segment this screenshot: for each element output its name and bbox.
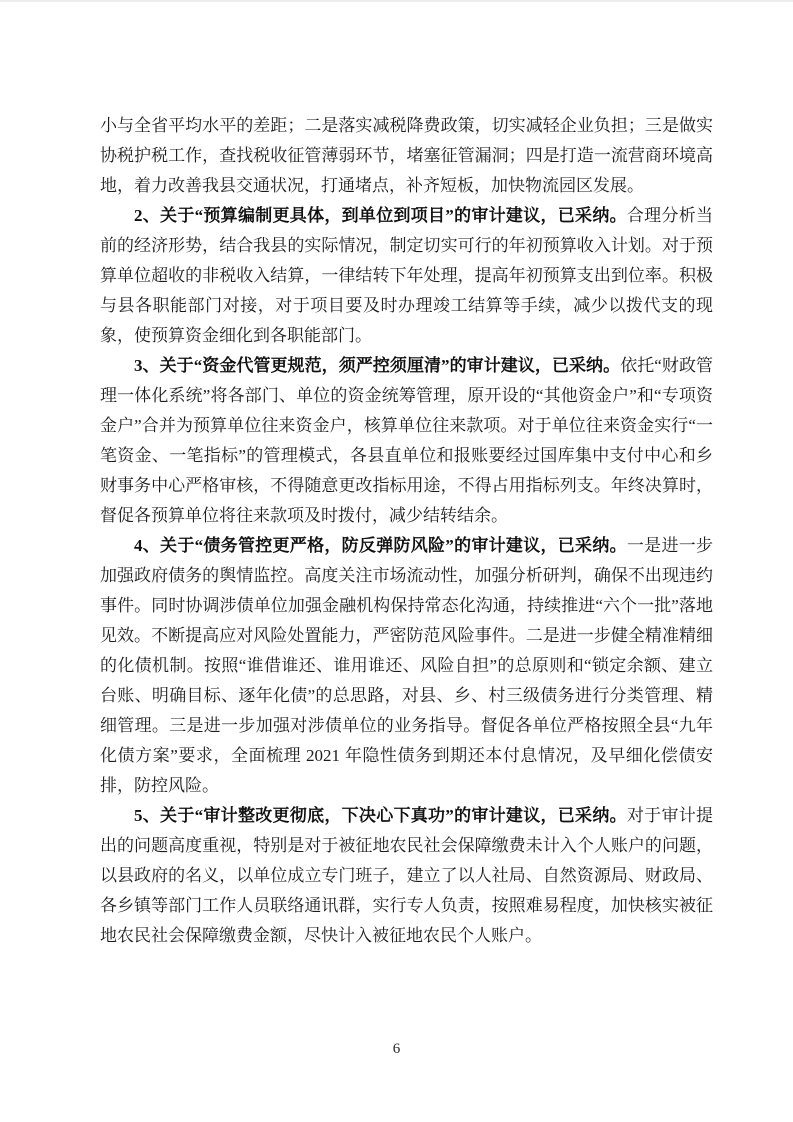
page-number: 6 xyxy=(0,1038,793,1060)
paragraph-3-text: 依托“财政管理一体化系统”将各部门、单位的资金统筹管理，原开设的“其他资金户”和… xyxy=(100,356,713,525)
paragraph-2-text: 合理分析当前的经济形势，结合我县的实际情况，制定切实可行的年初预算收入计划。对于… xyxy=(100,206,713,345)
paragraph-1: 小与全省平均水平的差距；二是落实减税降费政策，切实减轻企业负担；三是做实协税护税… xyxy=(100,111,713,201)
paragraph-5-text: 对于审计提出的问题高度重视，特别是对于被征地农民社会保障缴费未计入个人账户的问题… xyxy=(100,806,713,945)
document-page: 小与全省平均水平的差距；二是落实减税降费政策，切实减轻企业负担；三是做实协税护税… xyxy=(0,0,793,1122)
paragraph-1-text: 小与全省平均水平的差距；二是落实减税降费政策，切实减轻企业负担；三是做实协税护税… xyxy=(100,116,713,195)
paragraph-4-text: 一是进一步加强政府债务的舆情监控。高度关注市场流动性，加强分析研判，确保不出现违… xyxy=(100,536,713,795)
document-body: 小与全省平均水平的差距；二是落实减税降费政策，切实减轻企业负担；三是做实协税护税… xyxy=(100,111,713,951)
paragraph-4: 4、关于“债务管控更严格，防反弹防风险”的审计建议，已采纳。一是进一步加强政府债… xyxy=(100,531,713,801)
paragraph-5-lead: 5、关于“审计整改更彻底，下决心下真功”的审计建议，已采纳。 xyxy=(134,806,627,825)
paragraph-5: 5、关于“审计整改更彻底，下决心下真功”的审计建议，已采纳。对于审计提出的问题高… xyxy=(100,801,713,951)
paragraph-3-lead: 3、关于“资金代管更规范，须严控须厘清”的审计建议，已采纳。 xyxy=(134,356,620,375)
paragraph-2: 2、关于“预算编制更具体，到单位到项目”的审计建议，已采纳。合理分析当前的经济形… xyxy=(100,201,713,351)
page-top-edge xyxy=(0,0,793,2)
paragraph-2-lead: 2、关于“预算编制更具体，到单位到项目”的审计建议，已采纳。 xyxy=(134,206,627,225)
paragraph-4-lead: 4、关于“债务管控更严格，防反弹防风险”的审计建议，已采纳。 xyxy=(134,536,627,555)
paragraph-3: 3、关于“资金代管更规范，须严控须厘清”的审计建议，已采纳。依托“财政管理一体化… xyxy=(100,351,713,531)
